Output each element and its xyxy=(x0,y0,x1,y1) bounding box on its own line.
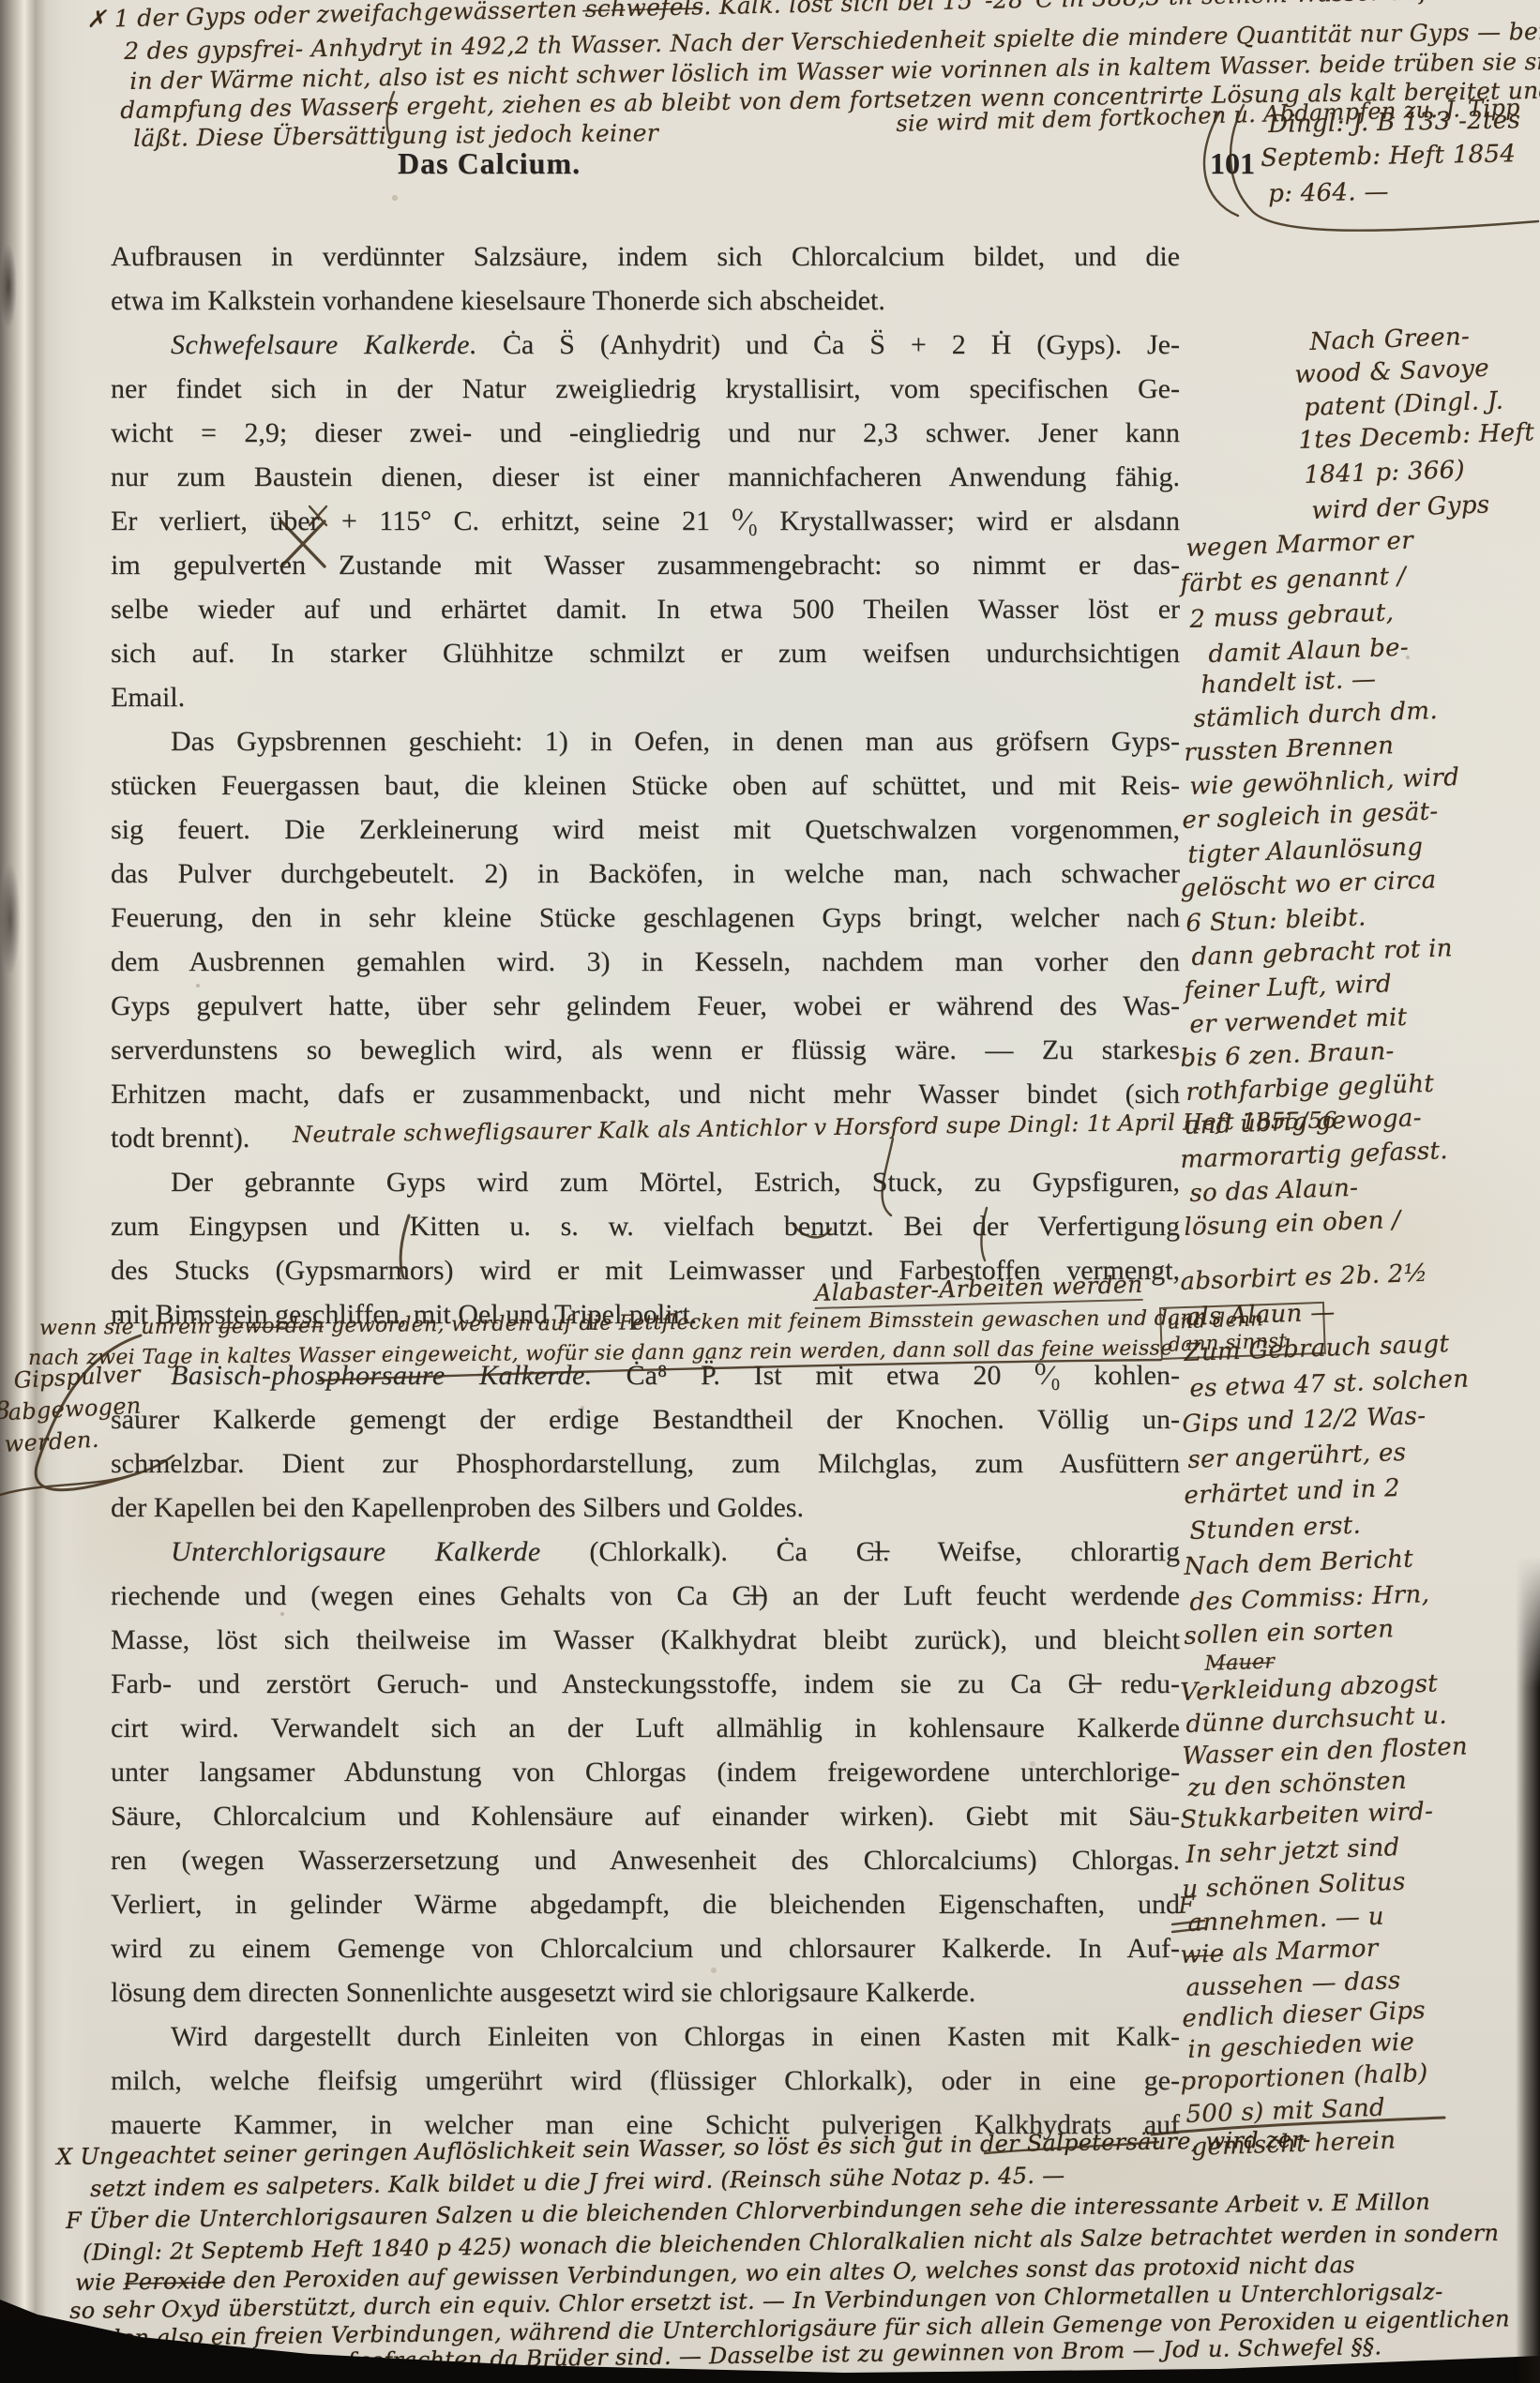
handwriting-note: er sogleich in gesät- xyxy=(1182,797,1439,835)
handwriting-note: 500 s) mit Sand xyxy=(1185,2094,1385,2129)
handwriting-note: färbt es genannt / xyxy=(1180,563,1406,598)
handwriting-note: erhärtet und in 2 xyxy=(1184,1474,1400,1510)
handwriting-note: Dingl: J. B 133 -2tes xyxy=(1268,106,1520,139)
handwriting-note: 1841 p: 366) xyxy=(1304,456,1465,490)
handwriting-note: Wasser ein den flosten xyxy=(1182,1732,1468,1771)
handwriting-note: läßt. Diese Übersättigung ist jedoch kei… xyxy=(133,119,658,152)
handwriting-note: und denn dann sinnst xyxy=(1159,1302,1326,1360)
handwriting-note: absorbirt es 2b. 2½ xyxy=(1180,1259,1428,1296)
handwriting-note: gelöscht wo er circa xyxy=(1180,866,1437,903)
handwriting-note: dünne durchsucht u. xyxy=(1185,1701,1447,1739)
handwriting-note: Septemb: Heft 1854 xyxy=(1261,140,1516,173)
handwriting-note: abgewogen xyxy=(8,1393,142,1425)
handwriting-note: nach zwei Tage in kaltes Wasser eingewei… xyxy=(28,1336,1173,1370)
handwriting-note: rothfarbige geglüht xyxy=(1185,1070,1435,1107)
handwriting-note: dann gebracht rot in xyxy=(1191,934,1453,972)
handwriting-note: marmorartig gefasst. xyxy=(1180,1137,1448,1174)
handwriting-note: aussehen — dass xyxy=(1185,1967,1401,2002)
handwriting-note: Stunden erst. xyxy=(1189,1512,1361,1546)
handwriting-note: Alabaster-Arbeiten werden xyxy=(814,1271,1143,1309)
handwriting-note: Nach dem Bericht xyxy=(1184,1545,1413,1581)
handwriting-note: Gips und 12/2 Was- xyxy=(1182,1402,1427,1439)
handwriting-note: F xyxy=(1178,1892,1195,1919)
handwriting-note: patent (Dingl. J. xyxy=(1304,387,1504,422)
handwriting-layer: ✗ 1 der Gyps oder zweifachgewässerten s̶… xyxy=(0,0,1540,2383)
scan-right-shadow xyxy=(1516,1557,1540,2383)
handwriting-note: Nach Green- xyxy=(1309,323,1471,356)
handwriting-note: endlich dieser Gips xyxy=(1182,1997,1426,2033)
handwriting-note: so das Alaun- xyxy=(1189,1174,1359,1208)
handwriting-note: es etwa 47 st. solchen xyxy=(1189,1365,1470,1403)
handwriting-note: w̶i̶e̶ als Marmor xyxy=(1180,1935,1379,1969)
handwriting-note: 6 Stun: bleibt. xyxy=(1185,903,1366,938)
handwriting-note: tigter Alaunlösung xyxy=(1187,833,1424,869)
handwriting-note: er verwendet mit xyxy=(1189,1003,1408,1039)
handwriting-note: annehmen. — u xyxy=(1187,1903,1384,1938)
handwriting-note: p: 464. — xyxy=(1268,178,1389,208)
handwriting-note: Neutrale schwefligsaurer Kalk als Antich… xyxy=(293,1107,1337,1148)
handwriting-note: lösung ein oben / xyxy=(1184,1206,1401,1242)
handwriting-note: 1tes Decemb: Heft xyxy=(1298,418,1535,455)
handwriting-note: damit Alaun be- xyxy=(1208,634,1409,669)
handwriting-note: In sehr jetzt sind xyxy=(1185,1833,1400,1869)
handwriting-note: wird der Gyps xyxy=(1311,490,1490,525)
handwriting-note: M̶a̶u̶e̶r̶ xyxy=(1204,1650,1276,1676)
handwriting-note: bis 6 zen. Braun- xyxy=(1180,1037,1395,1073)
handwriting-note: sollen ein sorten xyxy=(1184,1615,1395,1651)
handwriting-note: wegen Marmor er xyxy=(1185,527,1413,563)
handwriting-note: Stukkarbeiten wird- xyxy=(1180,1798,1434,1834)
handwriting-note: russten Brennen xyxy=(1184,731,1395,767)
handwriting-note: wie gewöhnlich, wird xyxy=(1189,763,1460,801)
handwriting-note: u schönen Solitus xyxy=(1182,1868,1406,1904)
handwriting-note: des Commiss: Hrn, xyxy=(1189,1580,1430,1617)
handwriting-note: wood & Savoye xyxy=(1294,354,1489,389)
handwriting-note: feiner Luft, wird xyxy=(1184,970,1392,1005)
handwriting-note: 8 xyxy=(0,1396,11,1425)
handwriting-note: in geschieden wie xyxy=(1187,2029,1415,2064)
handwriting-note: X Ungeachtet seiner geringen Auflöslichk… xyxy=(56,2126,1311,2170)
book-page-scan: Das Calcium. 101 Aufbrausen in verdünnte… xyxy=(0,0,1540,2383)
handwriting-note: Gipspulver xyxy=(13,1361,142,1394)
handwriting-note: handelt ist. — xyxy=(1200,665,1377,700)
handwriting-note: ser angerührt, es xyxy=(1187,1439,1407,1474)
handwriting-note: proportionen (halb) xyxy=(1180,2059,1428,2096)
handwriting-note: wenn sie unrein g̶e̶w̶o̶r̶d̶e̶n̶ geworde… xyxy=(39,1306,1208,1340)
handwriting-note: 2 muss gebraut, xyxy=(1189,598,1395,634)
handwriting-note: werden. xyxy=(4,1426,99,1457)
handwriting-note: stämlich durch dm. xyxy=(1193,697,1438,733)
handwriting-note: zu den schönsten xyxy=(1187,1767,1407,1802)
